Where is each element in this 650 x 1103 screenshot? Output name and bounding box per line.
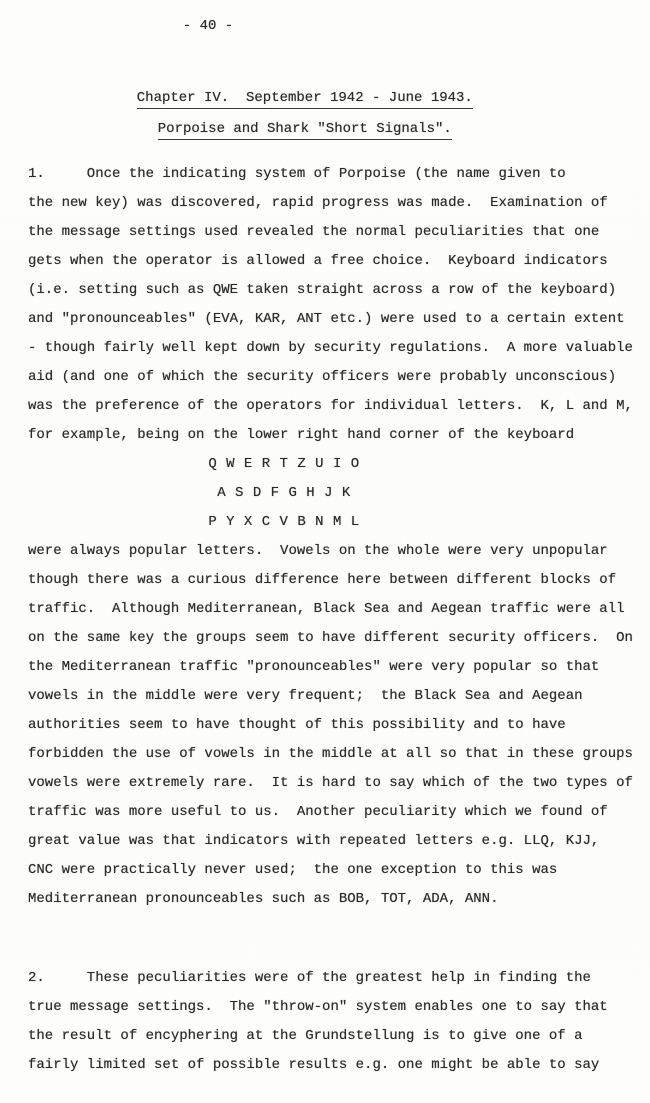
typed-line: the new key) was discovered, rapid progr… (28, 189, 642, 218)
keyboard-row: Q W E R T Z U I O (28, 450, 540, 479)
keyboard-diagram: Q W E R T Z U I OA S D F G H J KP Y X C … (28, 450, 540, 537)
typed-line: - though fairly well kept down by securi… (28, 334, 642, 363)
typed-line: Mediterranean pronounceables such as BOB… (28, 885, 642, 914)
keyboard-row: A S D F G H J K (28, 479, 540, 508)
typed-line: gets when the operator is allowed a free… (28, 247, 642, 276)
typed-line: were always popular letters. Vowels on t… (28, 537, 642, 566)
chapter-subheading-row: Porpoise and Shark "Short Signals". (0, 105, 576, 156)
typed-line: (i.e. setting such as QWE taken straight… (28, 276, 642, 305)
paragraph-1-top: 1. Once the indicating system of Porpois… (28, 160, 642, 450)
typed-line: vowels in the middle were very frequent;… (28, 682, 642, 711)
typed-line: was the preference of the operators for … (28, 392, 642, 421)
typed-line: the result of encyphering at the Grundst… (28, 1022, 642, 1051)
typed-line: true message settings. The "throw-on" sy… (28, 993, 642, 1022)
typed-line: authorities seem to have thought of this… (28, 711, 642, 740)
typed-line: 1. Once the indicating system of Porpois… (28, 160, 642, 189)
typed-line: the Mediterranean traffic "pronounceable… (28, 653, 642, 682)
paragraph-1-bottom: were always popular letters. Vowels on t… (28, 537, 642, 914)
typed-line: traffic was more useful to us. Another p… (28, 798, 642, 827)
typed-line: the message settings used revealed the n… (28, 218, 642, 247)
typed-line: forbidden the use of vowels in the middl… (28, 740, 642, 769)
page-number: - 40 - (0, 18, 416, 34)
paragraph-2: 2. These peculiarities were of the great… (28, 964, 642, 1080)
typed-line: aid (and one of which the security offic… (28, 363, 642, 392)
typed-line: CNC were practically never used; the one… (28, 856, 642, 885)
typed-line: 2. These peculiarities were of the great… (28, 964, 642, 993)
typed-line: for example, being on the lower right ha… (28, 421, 642, 450)
scanned-document-page: - 40 - Chapter IV. September 1942 - June… (0, 0, 650, 1103)
typed-line: though there was a curious difference he… (28, 566, 642, 595)
typed-line: great value was that indicators with rep… (28, 827, 642, 856)
chapter-subheading: Porpoise and Shark "Short Signals". (158, 121, 452, 140)
typed-line: vowels were extremely rare. It is hard t… (28, 769, 642, 798)
document-body: 1. Once the indicating system of Porpois… (28, 160, 642, 1080)
typed-line: and "pronounceables" (EVA, KAR, ANT etc.… (28, 305, 642, 334)
keyboard-row: P Y X C V B N M L (28, 508, 540, 537)
typed-line: fairly limited set of possible results e… (28, 1051, 642, 1080)
typed-line: on the same key the groups seem to have … (28, 624, 642, 653)
typed-line: traffic. Although Mediterranean, Black S… (28, 595, 642, 624)
